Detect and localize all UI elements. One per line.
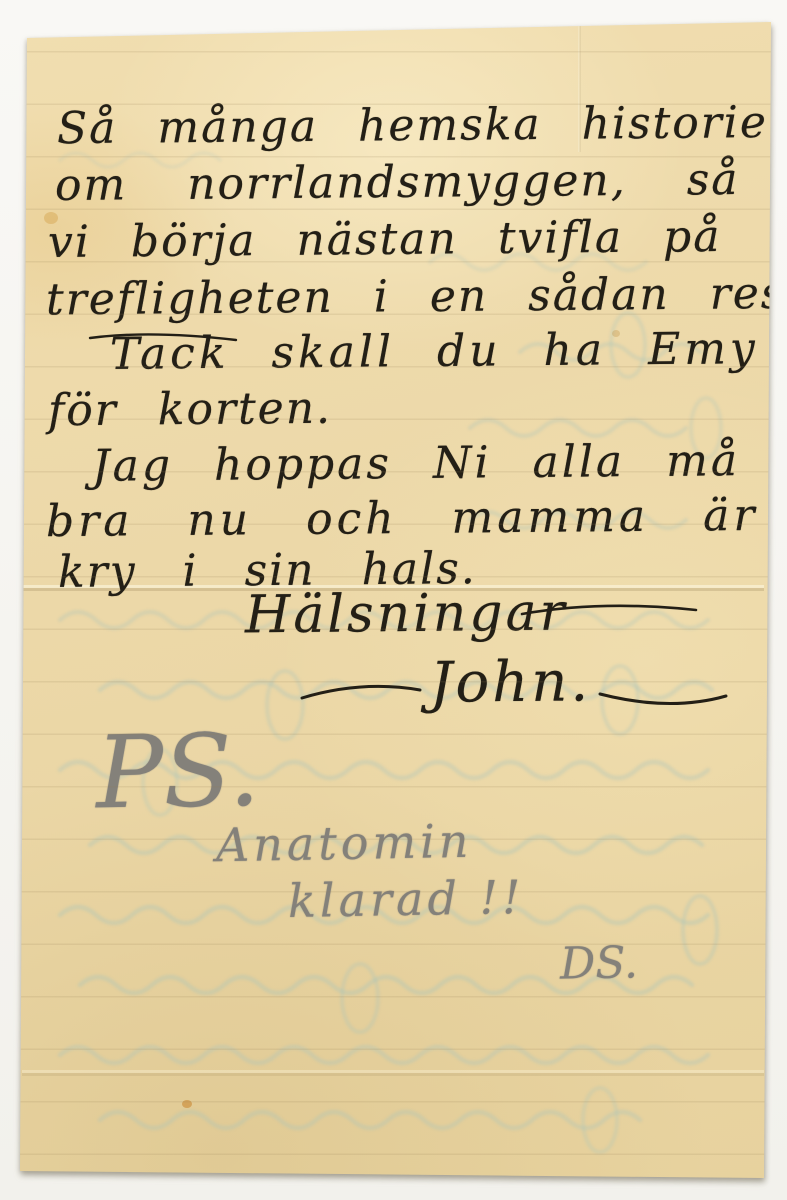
letter-paper: Så många hemska historier om norrlandsmy… (0, 0, 787, 1200)
letter-line: bra nu och mamma är (46, 494, 759, 544)
pencil-note-line: klarad !! (288, 874, 525, 924)
pencil-ds: DS. (560, 941, 639, 986)
letter-line: Tack skall du ha Emy (110, 327, 759, 377)
paper-shadow: Så många hemska historier om norrlandsmy… (0, 0, 787, 1200)
pencil-ps: PS. (95, 721, 261, 824)
closing-line: Hälsningar (245, 587, 568, 642)
letter-line: Jag hoppas Ni alla må (92, 439, 740, 489)
letter-line: trefligheten i en sådan resa. (46, 272, 787, 323)
pencil-note-line: Anatomin (216, 818, 473, 868)
signature: John. (430, 654, 592, 711)
letter-line: vi börja nästan tvifla på (48, 215, 722, 265)
scanned-letter: Så många hemska historier om norrlandsmy… (0, 0, 787, 1200)
letter-line: om norrlandsmyggen, så (55, 158, 740, 208)
letter-line: Så många hemska historier (57, 101, 787, 151)
letter-line: för korten. (48, 387, 332, 433)
